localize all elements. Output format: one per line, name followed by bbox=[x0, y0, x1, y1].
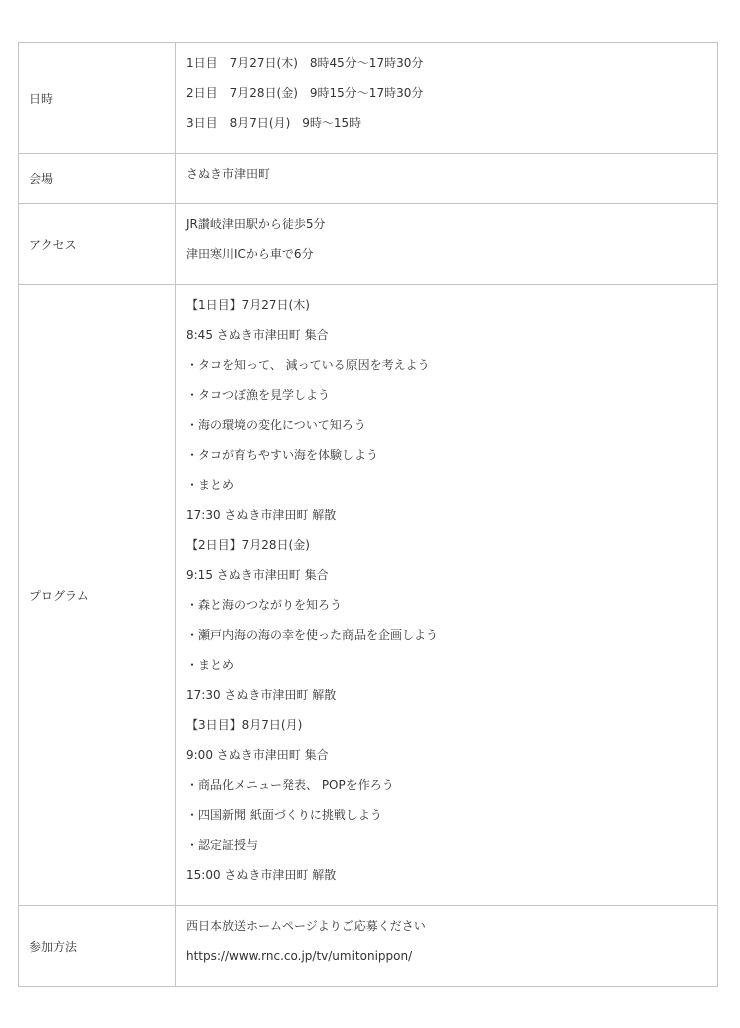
program-item: 9:00 さぬき市津田町 集合 bbox=[186, 740, 717, 770]
venue-name: さぬき市津田町 bbox=[186, 159, 717, 189]
apply-instruction: 西日本放送ホームページよりご応募ください bbox=[186, 911, 717, 941]
access-car: 津田寒川ICから車で6分 bbox=[186, 239, 717, 269]
program-item: 17:30 さぬき市津田町 解散 bbox=[186, 680, 717, 710]
table-row-program: プログラム 【1日目】7月27日(木) 8:45 さぬき市津田町 集合 ・タコを… bbox=[19, 285, 718, 906]
program-day3-header: 【3日目】8月7日(月) bbox=[186, 710, 717, 740]
program-item: ・海の環境の変化について知ろう bbox=[186, 410, 717, 440]
label-datetime: 日時 bbox=[19, 43, 176, 154]
value-venue: さぬき市津田町 bbox=[176, 154, 718, 204]
program-item: ・タコを知って、 減っている原因を考えよう bbox=[186, 350, 717, 380]
table-row-venue: 会場 さぬき市津田町 bbox=[19, 154, 718, 204]
table-row-access: アクセス JR讃岐津田駅から徒歩5分 津田寒川ICから車で6分 bbox=[19, 204, 718, 285]
schedule-day-3: 3日目 8月7日(月) 9時～15時 bbox=[186, 108, 717, 138]
program-item: ・瀬戸内海の海の幸を使った商品を企画しよう bbox=[186, 620, 717, 650]
program-item: 8:45 さぬき市津田町 集合 bbox=[186, 320, 717, 350]
value-datetime: 1日目 7月27日(木) 8時45分～17時30分 2日目 7月28日(金) 9… bbox=[176, 43, 718, 154]
access-train: JR讃岐津田駅から徒歩5分 bbox=[186, 209, 717, 239]
label-venue: 会場 bbox=[19, 154, 176, 204]
program-item: ・まとめ bbox=[186, 470, 717, 500]
event-info-table: 日時 1日目 7月27日(木) 8時45分～17時30分 2日目 7月28日(金… bbox=[18, 42, 718, 987]
program-item: ・タコつぼ漁を見学しよう bbox=[186, 380, 717, 410]
program-day2-header: 【2日目】7月28日(金) bbox=[186, 530, 717, 560]
schedule-day-2: 2日目 7月28日(金) 9時15分～17時30分 bbox=[186, 78, 717, 108]
program-day1-header: 【1日目】7月27日(木) bbox=[186, 290, 717, 320]
program-item: ・森と海のつながりを知ろう bbox=[186, 590, 717, 620]
program-item: 9:15 さぬき市津田町 集合 bbox=[186, 560, 717, 590]
program-item: ・商品化メニュー発表、 POPを作ろう bbox=[186, 770, 717, 800]
program-item: ・四国新聞 紙面づくりに挑戦しよう bbox=[186, 800, 717, 830]
program-item: ・認定証授与 bbox=[186, 830, 717, 860]
schedule-day-1: 1日目 7月27日(木) 8時45分～17時30分 bbox=[186, 48, 717, 78]
table-row-apply: 参加方法 西日本放送ホームページよりご応募ください https://www.rn… bbox=[19, 906, 718, 987]
value-apply: 西日本放送ホームページよりご応募ください https://www.rnc.co.… bbox=[176, 906, 718, 987]
value-program: 【1日目】7月27日(木) 8:45 さぬき市津田町 集合 ・タコを知って、 減… bbox=[176, 285, 718, 906]
apply-url: https://www.rnc.co.jp/tv/umitonippon/ bbox=[186, 941, 717, 971]
table-row-datetime: 日時 1日目 7月27日(木) 8時45分～17時30分 2日目 7月28日(金… bbox=[19, 43, 718, 154]
program-item: ・まとめ bbox=[186, 650, 717, 680]
label-apply: 参加方法 bbox=[19, 906, 176, 987]
program-item: 15:00 さぬき市津田町 解散 bbox=[186, 860, 717, 890]
program-item: ・タコが育ちやすい海を体験しよう bbox=[186, 440, 717, 470]
label-access: アクセス bbox=[19, 204, 176, 285]
program-item: 17:30 さぬき市津田町 解散 bbox=[186, 500, 717, 530]
label-program: プログラム bbox=[19, 285, 176, 906]
value-access: JR讃岐津田駅から徒歩5分 津田寒川ICから車で6分 bbox=[176, 204, 718, 285]
